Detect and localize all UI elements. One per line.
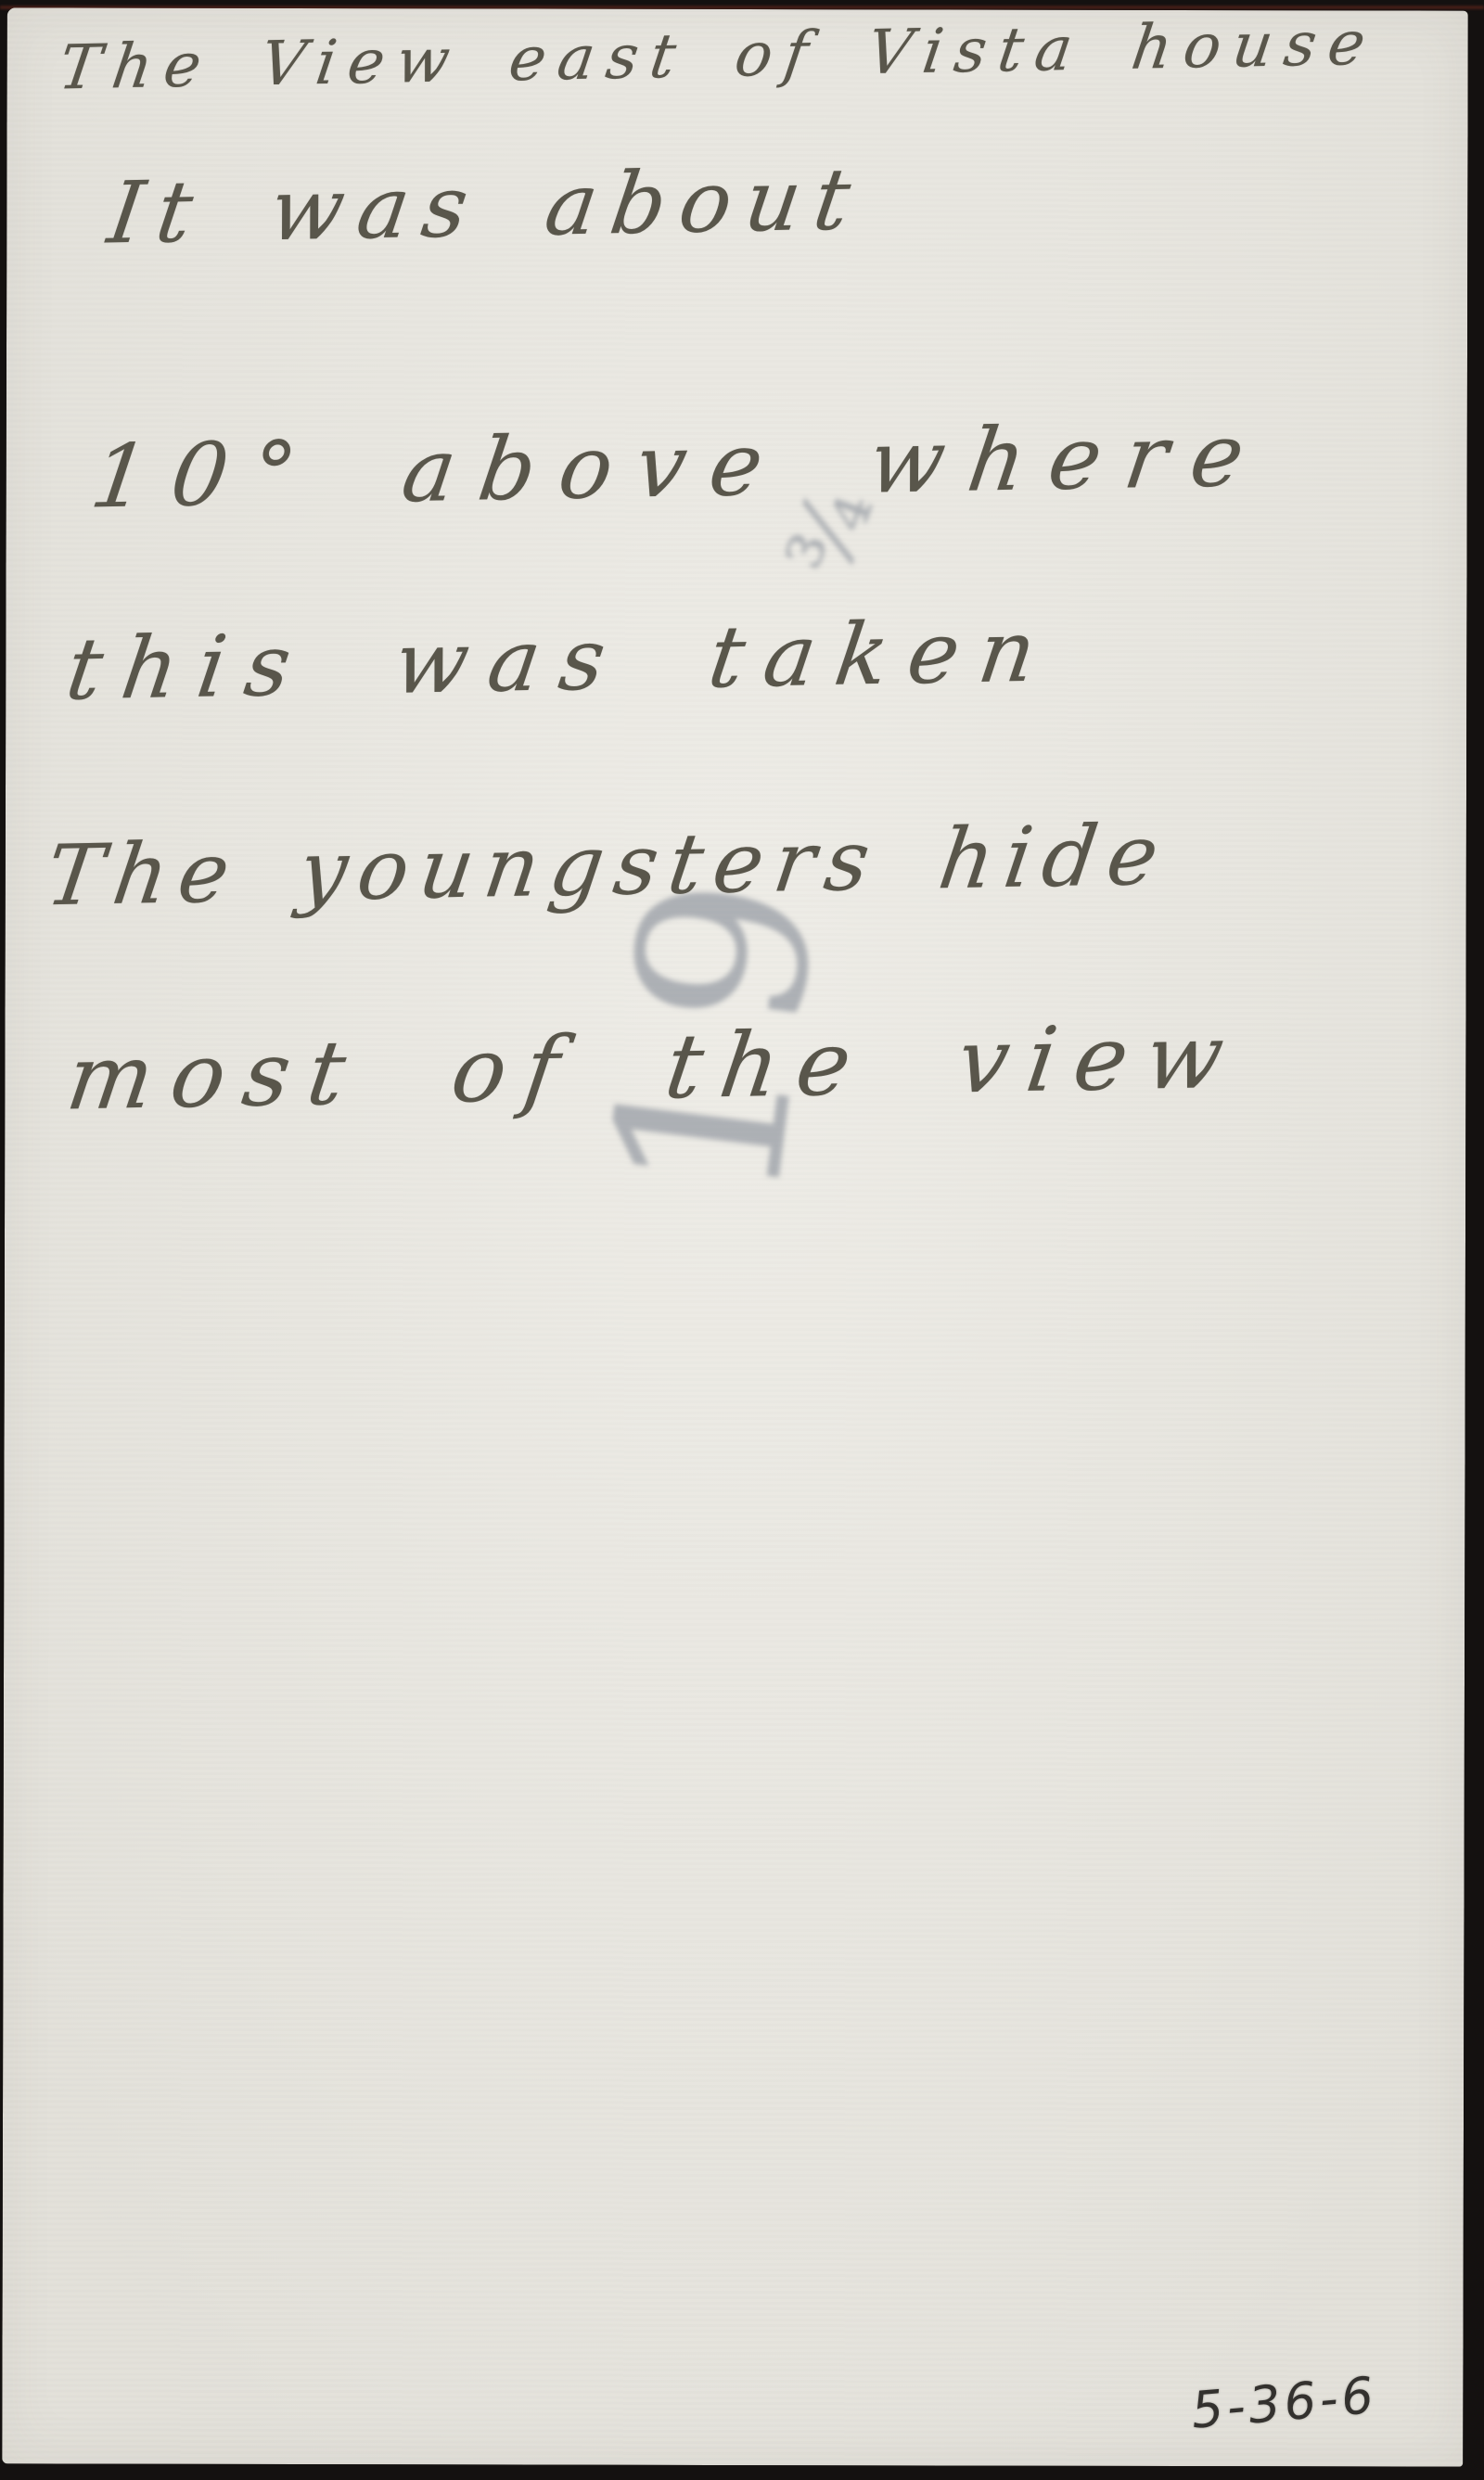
handwritten-line-caption: The View east of Vista house — [55, 7, 1382, 104]
handwritten-line: this was taken — [60, 602, 1062, 720]
handwritten-line: most of the view — [61, 1004, 1248, 1131]
handwritten-line: 10° above where — [85, 405, 1274, 529]
scanned-card: ¾ 19 The View east of Vista house It was… — [0, 0, 1484, 2480]
catalog-number-pencil-note: 5-36-6 — [1189, 2366, 1379, 2440]
handwritten-line: The youngsters hide — [40, 807, 1175, 926]
note-card-paper: ¾ 19 The View east of Vista house It was… — [2, 7, 1468, 2466]
handwritten-line: It was about — [102, 149, 869, 262]
